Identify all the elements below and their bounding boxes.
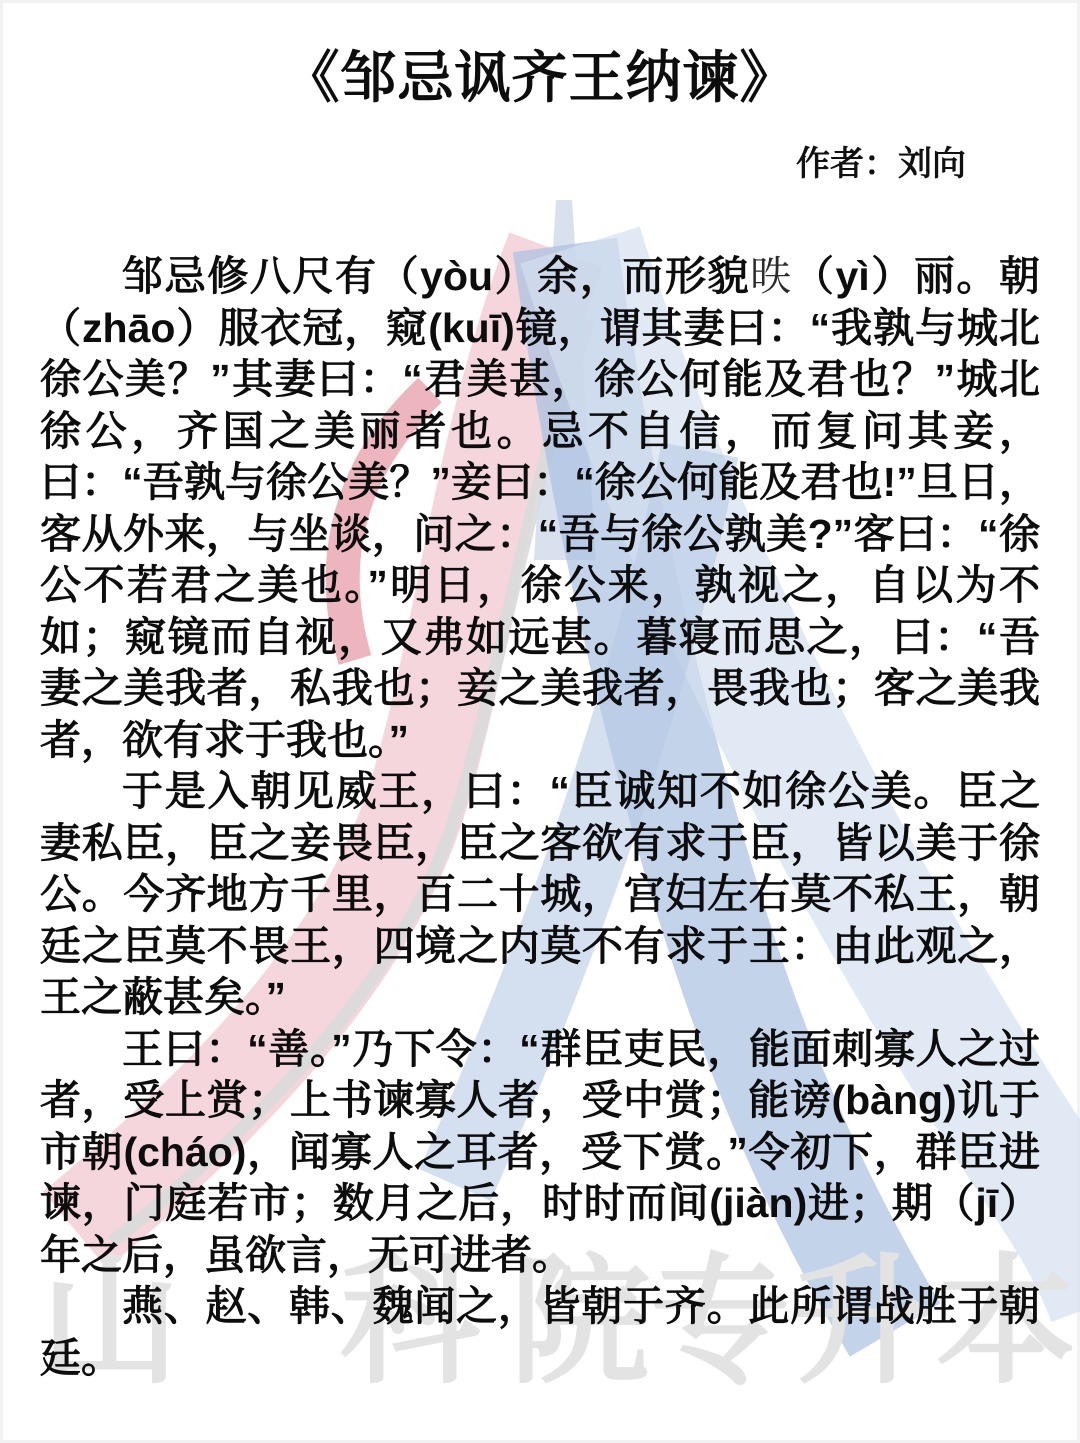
paragraph-1-text-after: （yì）丽。朝（zhāo）服衣冠，窥(kuī)镜，谓其妻曰：“我孰与城北徐公美？…	[40, 253, 1040, 763]
paragraph-3: 王曰：“善。”乃下令：“群臣吏民，能面刺寡人之过者，受上赏；上书谏寡人者，受中赏…	[40, 1024, 1040, 1282]
page-title: 《邹忌讽齐王纳谏》	[40, 46, 1040, 110]
author-line: 作者：刘向	[40, 136, 1040, 185]
article-body: 邹忌修八尺有（yòu）余，而形貌昳（yì）丽。朝（zhāo）服衣冠，窥(kuī)…	[40, 251, 1040, 1384]
paragraph-1: 邹忌修八尺有（yòu）余，而形貌昳（yì）丽。朝（zhāo）服衣冠，窥(kuī)…	[40, 251, 1040, 766]
paragraph-4: 燕、赵、韩、魏闻之，皆朝于齐。此所谓战胜于朝廷。	[40, 1281, 1040, 1384]
paragraph-2: 于是入朝见威王，曰：“臣诚知不如徐公美。臣之妻私臣，臣之妾畏臣，臣之客欲有求于臣…	[40, 766, 1040, 1024]
document-page: 《邹忌讽齐王纳谏》 作者：刘向 邹忌修八尺有（yòu）余，而形貌昳（yì）丽。朝…	[0, 0, 1080, 1443]
paragraph-1-light-glyph: 昳	[750, 253, 793, 299]
paragraph-1-text-before: 邹忌修八尺有（yòu）余，而形貌	[122, 253, 750, 299]
